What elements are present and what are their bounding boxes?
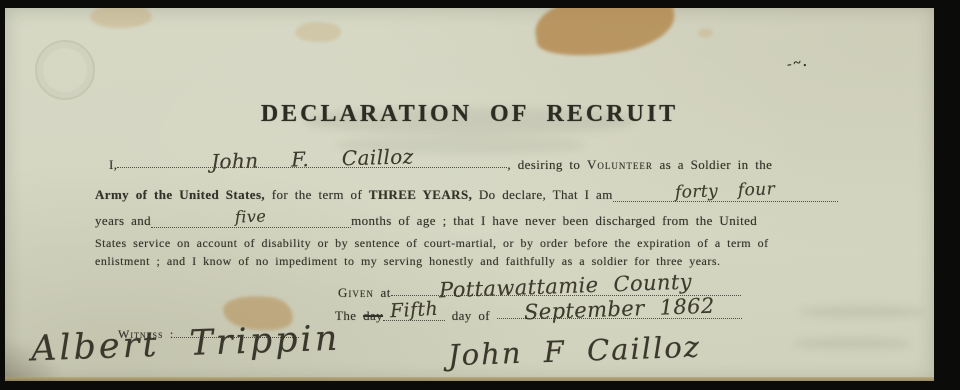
body-line-3: years andfivemonths of age ; that I have…: [95, 212, 757, 229]
body-line-4: States service on account of disability …: [95, 236, 769, 251]
handwritten-name: John F. Cailloz: [211, 146, 414, 171]
months-blank: five: [151, 212, 351, 228]
pen-mark: -~.: [786, 55, 809, 74]
body-line-1: I,John F. Cailloz, desiring to Volunteer…: [95, 152, 772, 173]
stain: [698, 28, 713, 38]
document-title: DECLARATION OF RECRUIT: [5, 101, 934, 128]
paper-bottom-edge: [5, 377, 934, 381]
body-line-2: Army of the United States, for the term …: [95, 186, 838, 203]
handwritten-months: five: [235, 208, 267, 225]
bleed-through: [800, 306, 925, 318]
printed-text-struck: day: [363, 308, 383, 323]
handwritten-month-year: September 1862: [523, 296, 714, 324]
witness-signature: Albert Trippin: [30, 319, 341, 370]
name-blank: John F. Cailloz: [117, 152, 507, 168]
printed-text: I,: [109, 157, 117, 172]
printed-text: as a Soldier in the: [653, 157, 772, 172]
printed-text: Do declare, That I am: [472, 187, 613, 202]
recruit-signature: John F Cailloz: [447, 330, 701, 373]
bleed-through: [793, 338, 911, 349]
embossed-seal: [35, 40, 95, 100]
month-blank: September 1862: [497, 303, 742, 319]
printed-text-given: Given: [338, 285, 374, 300]
printed-text: for the term of: [265, 187, 369, 202]
stain: [295, 22, 341, 42]
day-blank: Fifth: [383, 305, 445, 321]
printed-text: States service on account of disability …: [95, 236, 769, 250]
scanned-document-page: -~. DECLARATION OF RECRUIT I,John F. Cai…: [0, 0, 960, 390]
stain: [90, 8, 152, 28]
printed-text: years and: [95, 213, 151, 228]
printed-text: enlistment ; and I know of no impediment…: [95, 254, 721, 268]
stain: [532, 8, 679, 63]
printed-text: Army of the United States,: [95, 187, 265, 202]
handwritten-day: Fifth: [389, 300, 438, 321]
date-line: The dayFifth day of September 1862: [335, 303, 742, 324]
printed-text: months of age ; that I have never been d…: [351, 213, 757, 228]
printed-text: , desiring to: [507, 157, 587, 172]
handwritten-age: forty four: [675, 181, 776, 201]
document-paper: -~. DECLARATION OF RECRUIT I,John F. Cai…: [5, 8, 934, 381]
printed-text: at: [374, 285, 391, 300]
printed-text: day of: [445, 308, 497, 323]
printed-text: THREE YEARS,: [369, 187, 472, 202]
age-blank: forty four: [613, 186, 838, 202]
body-line-5: enlistment ; and I know of no impediment…: [95, 254, 721, 269]
printed-text-volunteer: Volunteer: [587, 157, 653, 172]
